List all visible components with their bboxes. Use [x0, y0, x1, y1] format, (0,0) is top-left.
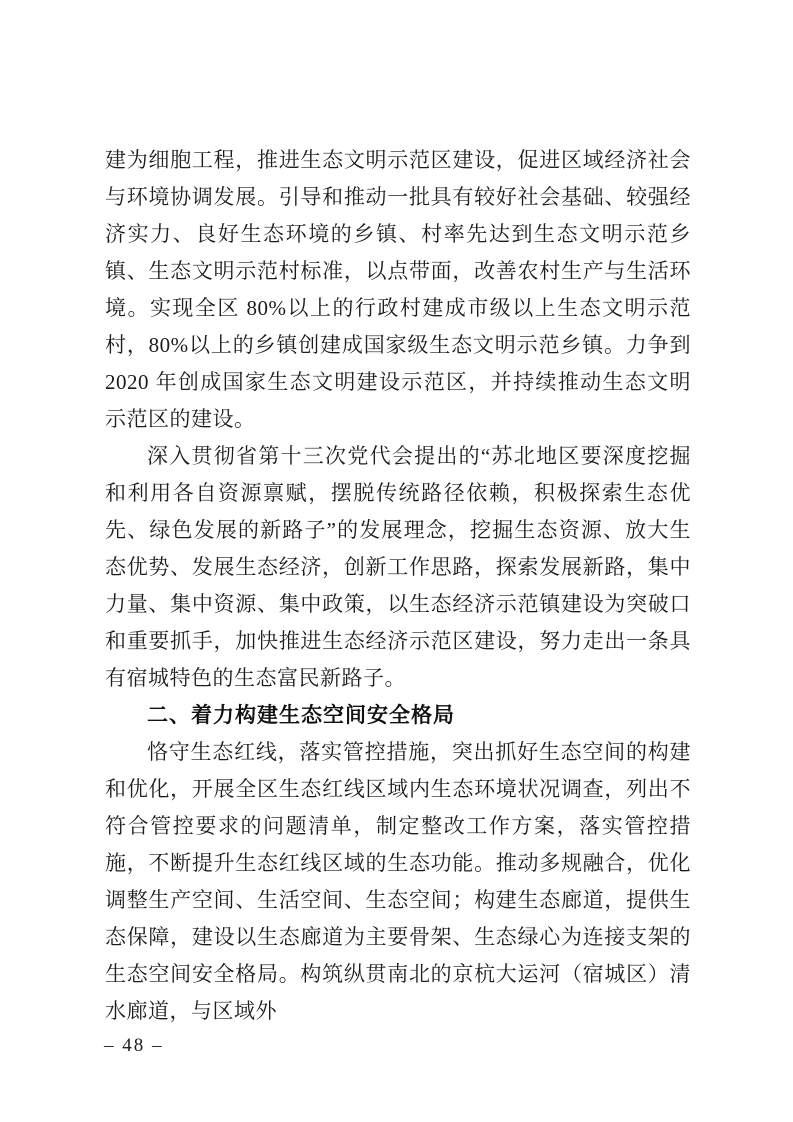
paragraph: 恪守生态红线，落实管控措施，突出抓好生态空间的构建和优化，开展全区生态红线区域内…	[105, 734, 691, 1030]
document-body: 建为细胞工程，推进生态文明示范区建设，促进区域经济社会与环境协调发展。引导和推动…	[105, 142, 691, 1030]
document-page: 建为细胞工程，推进生态文明示范区建设，促进区域经济社会与环境协调发展。引导和推动…	[0, 0, 793, 1122]
paragraph: 建为细胞工程，推进生态文明示范区建设，促进区域经济社会与环境协调发展。引导和推动…	[105, 142, 691, 438]
section-heading: 二、着力构建生态空间安全格局	[105, 697, 691, 734]
page-number: – 48 –	[104, 1034, 164, 1058]
paragraph: 深入贯彻省第十三次党代会提出的“苏北地区要深度挖掘和利用各自资源禀赋，摆脱传统路…	[105, 438, 691, 697]
